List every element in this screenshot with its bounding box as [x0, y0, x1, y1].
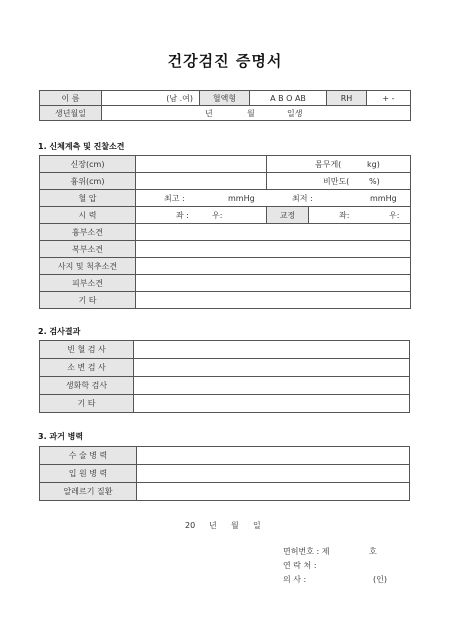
urine-test-field[interactable] [134, 359, 410, 377]
urine-test-label: 소 변 검 사 [40, 359, 134, 377]
blood-type-label: 혈액형 [200, 91, 250, 106]
vision-field[interactable]: 좌 :우: [136, 207, 267, 224]
birth-field[interactable]: 년월일생 [102, 106, 411, 121]
bp-high-label: 최고 : [164, 193, 228, 204]
gender-value: (남 .여) [166, 94, 193, 103]
section2-heading: 2. 검사결과 [38, 326, 80, 337]
skin-field[interactable] [136, 275, 411, 292]
physical-exam-table: 신장(cm) 몸무게(kg) 흉위(cm) 비만도(%) 혈 압 최고 :mmH… [39, 155, 411, 309]
allergy-label: 알레르기 질환 [40, 483, 137, 501]
page-title: 건강검진 증명서 [0, 50, 450, 71]
birth-day: 일생 [287, 108, 347, 119]
rh-label: RH [327, 91, 367, 106]
test-results-table: 빈 혈 검 사 소 변 검 사 생화학 검사 기 타 [39, 340, 410, 413]
corrected-right: 우: [389, 211, 399, 220]
bp-field[interactable]: 최고 :mmHg최저 :mmHg [136, 190, 411, 207]
chest-label: 흉부소견 [40, 224, 136, 241]
height-field[interactable] [136, 156, 267, 173]
section1-heading: 1. 신체계측 및 진찰소견 [38, 141, 125, 152]
waist-label: 흉위(cm) [40, 173, 136, 190]
weight-field[interactable]: 몸무게(kg) [267, 156, 411, 173]
allergy-field[interactable] [137, 483, 410, 501]
weight-label: 몸무게( [315, 159, 367, 170]
corrected-left: 좌: [339, 210, 389, 221]
blood-type-options[interactable]: A B O AB [250, 91, 327, 106]
name-field[interactable]: (남 .여) [102, 91, 200, 106]
license-suffix: 호 [369, 547, 377, 556]
hospitalization-history-field[interactable] [137, 465, 410, 483]
bp-low-label: 최저 : [292, 193, 370, 204]
waist-field[interactable] [136, 173, 267, 190]
contact-label: 연 락 처 : [283, 561, 317, 570]
surgery-history-label: 수 술 병 력 [40, 447, 137, 465]
vision-label: 시 력 [40, 207, 136, 224]
doctor-label: 의 사 : [283, 574, 373, 585]
corrected-field[interactable]: 좌:우: [309, 207, 411, 224]
birth-month: 월 [247, 108, 287, 119]
issue-date: 20년월일 [185, 520, 261, 531]
other-test-field[interactable] [134, 395, 410, 413]
biochem-test-field[interactable] [134, 377, 410, 395]
birth-year: 년 [205, 108, 247, 119]
anemia-test-label: 빈 혈 검 사 [40, 341, 134, 359]
vision-left: 좌 : [176, 210, 212, 221]
bp-label: 혈 압 [40, 190, 136, 207]
date-year-unit: 년 [209, 520, 231, 531]
other-test-label: 기 타 [40, 395, 134, 413]
skin-label: 피부소견 [40, 275, 136, 292]
obesity-field[interactable]: 비만도(%) [267, 173, 411, 190]
license-label: 면허번호 : 제 [283, 546, 369, 557]
limbs-field[interactable] [136, 258, 411, 275]
obesity-unit: %) [369, 177, 380, 186]
chest-field[interactable] [136, 224, 411, 241]
medical-history-table: 수 술 병 력 입 원 병 력 알레르기 질환 [39, 446, 410, 501]
vision-right: 우: [212, 211, 222, 220]
obesity-label: 비만도( [323, 176, 369, 187]
anemia-test-field[interactable] [134, 341, 410, 359]
abdomen-label: 복부소견 [40, 241, 136, 258]
birth-label: 생년월일 [40, 106, 102, 121]
date-year: 20 [185, 521, 209, 530]
seal-mark: (인) [373, 575, 387, 584]
bp-high-unit: mmHg [228, 194, 292, 203]
rh-options[interactable]: + - [367, 91, 411, 106]
date-month-unit: 월 [231, 520, 253, 531]
name-label: 이 름 [40, 91, 102, 106]
bp-low-unit: mmHg [370, 194, 397, 203]
date-day-unit: 일 [253, 521, 261, 530]
license-line: 면허번호 : 제호 [283, 546, 377, 557]
section3-heading: 3. 과거 병력 [38, 431, 83, 442]
abdomen-field[interactable] [136, 241, 411, 258]
other-label: 기 타 [40, 292, 136, 309]
limbs-label: 사지 및 척추소견 [40, 258, 136, 275]
biochem-test-label: 생화학 검사 [40, 377, 134, 395]
corrected-label: 교정 [267, 207, 309, 224]
weight-unit: kg) [367, 160, 380, 169]
contact-line: 연 락 처 : [283, 560, 317, 571]
doctor-line: 의 사 :(인) [283, 574, 387, 585]
personal-info-table: 이 름 (남 .여) 혈액형 A B O AB RH + - 생년월일 년월일생 [39, 90, 411, 121]
hospitalization-history-label: 입 원 병 력 [40, 465, 137, 483]
height-label: 신장(cm) [40, 156, 136, 173]
other-field[interactable] [136, 292, 411, 309]
surgery-history-field[interactable] [137, 447, 410, 465]
